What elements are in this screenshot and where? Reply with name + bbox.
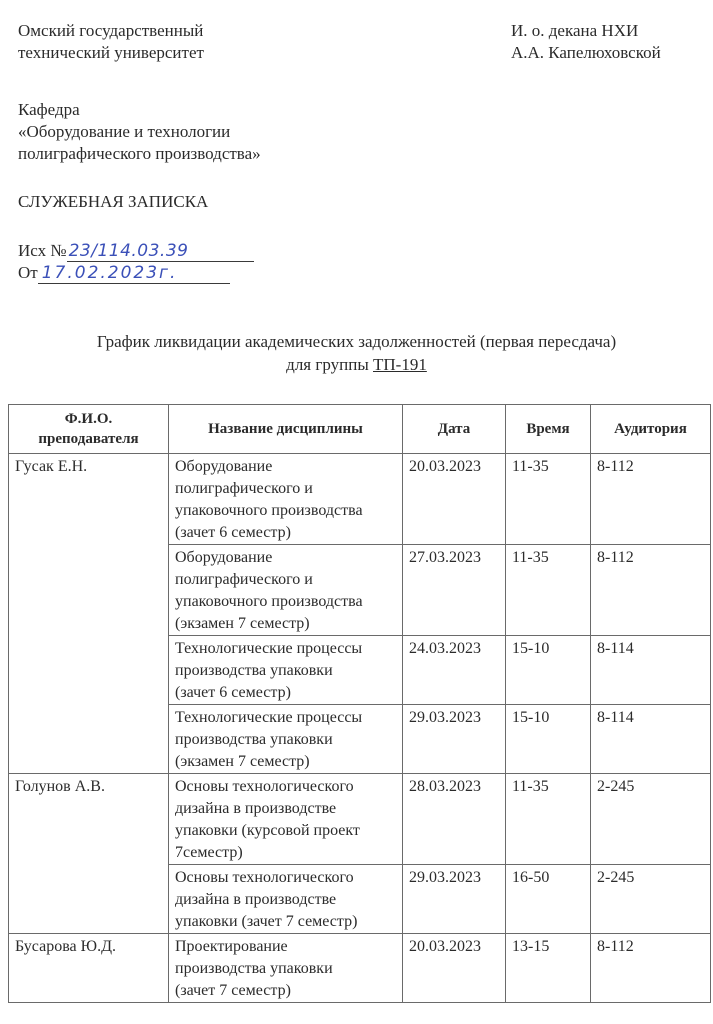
table-row: Голунов А.В.Основы технологическогодизай… — [9, 774, 711, 865]
column-header-discipline: Название дисциплины — [169, 405, 403, 454]
reference-number-label: Исх № — [18, 241, 67, 260]
organization-line-2: технический университет — [18, 42, 204, 64]
column-header-teacher-line-2: преподавателя — [13, 429, 164, 449]
time-cell: 11-35 — [506, 774, 591, 865]
table-row: Гусак Е.Н.Оборудованиеполиграфического и… — [9, 454, 711, 545]
reference-number: Исх №23/114.03.39 — [18, 240, 254, 262]
column-header-date: Дата — [403, 405, 506, 454]
discipline-line: дизайна в производстве — [175, 798, 396, 820]
department: Кафедра «Оборудование и технологии полиг… — [18, 99, 261, 165]
discipline-line: (зачет 6 семестр) — [175, 682, 396, 704]
discipline-line: Оборудование — [175, 547, 396, 569]
addressee-name: А.А. Капелюховской — [511, 42, 661, 64]
date-cell: 27.03.2023 — [403, 545, 506, 636]
title-line-2: для группы ТП-191 — [0, 353, 713, 376]
discipline-line: упаковочного производства — [175, 500, 396, 522]
date-cell: 20.03.2023 — [403, 454, 506, 545]
time-cell: 15-10 — [506, 636, 591, 705]
discipline-line: дизайна в производстве — [175, 889, 396, 911]
discipline-line: полиграфического и — [175, 569, 396, 591]
teacher-cell: Гусак Е.Н. — [9, 454, 169, 774]
reference-date-value: 17.02.2023г. — [38, 263, 230, 284]
discipline-line: (зачет 7 семестр) — [175, 980, 396, 1002]
room-cell: 8-112 — [591, 454, 711, 545]
date-cell: 24.03.2023 — [403, 636, 506, 705]
discipline-line: упаковки (зачет 7 семестр) — [175, 911, 396, 933]
discipline-cell: Технологические процессыпроизводства упа… — [169, 636, 403, 705]
time-cell: 13-15 — [506, 934, 591, 1003]
organization-name: Омский государственный технический униве… — [18, 20, 204, 64]
document-type: СЛУЖЕБНАЯ ЗАПИСКА — [18, 191, 208, 213]
title-line-1: График ликвидации академических задолжен… — [0, 330, 713, 353]
date-cell: 29.03.2023 — [403, 705, 506, 774]
column-header-room: Аудитория — [591, 405, 711, 454]
discipline-line: производства упаковки — [175, 958, 396, 980]
discipline-cell: Проектированиепроизводства упаковки(заче… — [169, 934, 403, 1003]
discipline-line: Основы технологического — [175, 867, 396, 889]
table-row: Бусарова Ю.Д.Проектированиепроизводства … — [9, 934, 711, 1003]
organization-line-1: Омский государственный — [18, 20, 204, 42]
date-cell: 28.03.2023 — [403, 774, 506, 865]
time-cell: 16-50 — [506, 865, 591, 934]
column-header-time: Время — [506, 405, 591, 454]
department-name-line-1: «Оборудование и технологии — [18, 121, 261, 143]
discipline-line: упаковки (курсовой проект — [175, 820, 396, 842]
discipline-cell: Основы технологическогодизайна в произво… — [169, 865, 403, 934]
room-cell: 8-112 — [591, 934, 711, 1003]
group-name: ТП-191 — [373, 355, 427, 374]
discipline-line: Технологические процессы — [175, 638, 396, 660]
discipline-line: Проектирование — [175, 936, 396, 958]
table-header-row: Ф.И.О. преподавателя Название дисциплины… — [9, 405, 711, 454]
discipline-line: Основы технологического — [175, 776, 396, 798]
discipline-cell: Основы технологическогодизайна в произво… — [169, 774, 403, 865]
room-cell: 8-112 — [591, 545, 711, 636]
addressee: И. о. декана НХИ А.А. Капелюховской — [511, 20, 661, 64]
discipline-line: (зачет 6 семестр) — [175, 522, 396, 544]
discipline-line: (экзамен 7 семестр) — [175, 751, 396, 773]
teacher-cell: Бусарова Ю.Д. — [9, 934, 169, 1003]
column-header-teacher: Ф.И.О. преподавателя — [9, 405, 169, 454]
teacher-cell: Голунов А.В. — [9, 774, 169, 934]
discipline-line: упаковочного производства — [175, 591, 396, 613]
discipline-cell: Оборудованиеполиграфического иупаковочно… — [169, 454, 403, 545]
title-group-prefix: для группы — [286, 355, 373, 374]
room-cell: 8-114 — [591, 705, 711, 774]
schedule-table: Ф.И.О. преподавателя Название дисциплины… — [8, 404, 711, 1003]
time-cell: 15-10 — [506, 705, 591, 774]
column-header-teacher-line-1: Ф.И.О. — [13, 409, 164, 429]
discipline-line: производства упаковки — [175, 660, 396, 682]
room-cell: 8-114 — [591, 636, 711, 705]
discipline-line: Технологические процессы — [175, 707, 396, 729]
addressee-position: И. о. декана НХИ — [511, 20, 661, 42]
discipline-line: (экзамен 7 семестр) — [175, 613, 396, 635]
discipline-cell: Оборудованиеполиграфического иупаковочно… — [169, 545, 403, 636]
discipline-cell: Технологические процессыпроизводства упа… — [169, 705, 403, 774]
time-cell: 11-35 — [506, 545, 591, 636]
discipline-line: полиграфического и — [175, 478, 396, 500]
department-name-line-2: полиграфического производства» — [18, 143, 261, 165]
department-label: Кафедра — [18, 99, 261, 121]
discipline-line: 7семестр) — [175, 842, 396, 864]
document-title: График ликвидации академических задолжен… — [0, 330, 713, 376]
discipline-line: производства упаковки — [175, 729, 396, 751]
room-cell: 2-245 — [591, 774, 711, 865]
reference-number-value: 23/114.03.39 — [67, 241, 254, 262]
room-cell: 2-245 — [591, 865, 711, 934]
discipline-line: Оборудование — [175, 456, 396, 478]
table-body: Гусак Е.Н.Оборудованиеполиграфического и… — [9, 454, 711, 1003]
reference-date-label: От — [18, 263, 38, 282]
date-cell: 20.03.2023 — [403, 934, 506, 1003]
reference-date: От17.02.2023г. — [18, 262, 230, 284]
time-cell: 11-35 — [506, 454, 591, 545]
date-cell: 29.03.2023 — [403, 865, 506, 934]
